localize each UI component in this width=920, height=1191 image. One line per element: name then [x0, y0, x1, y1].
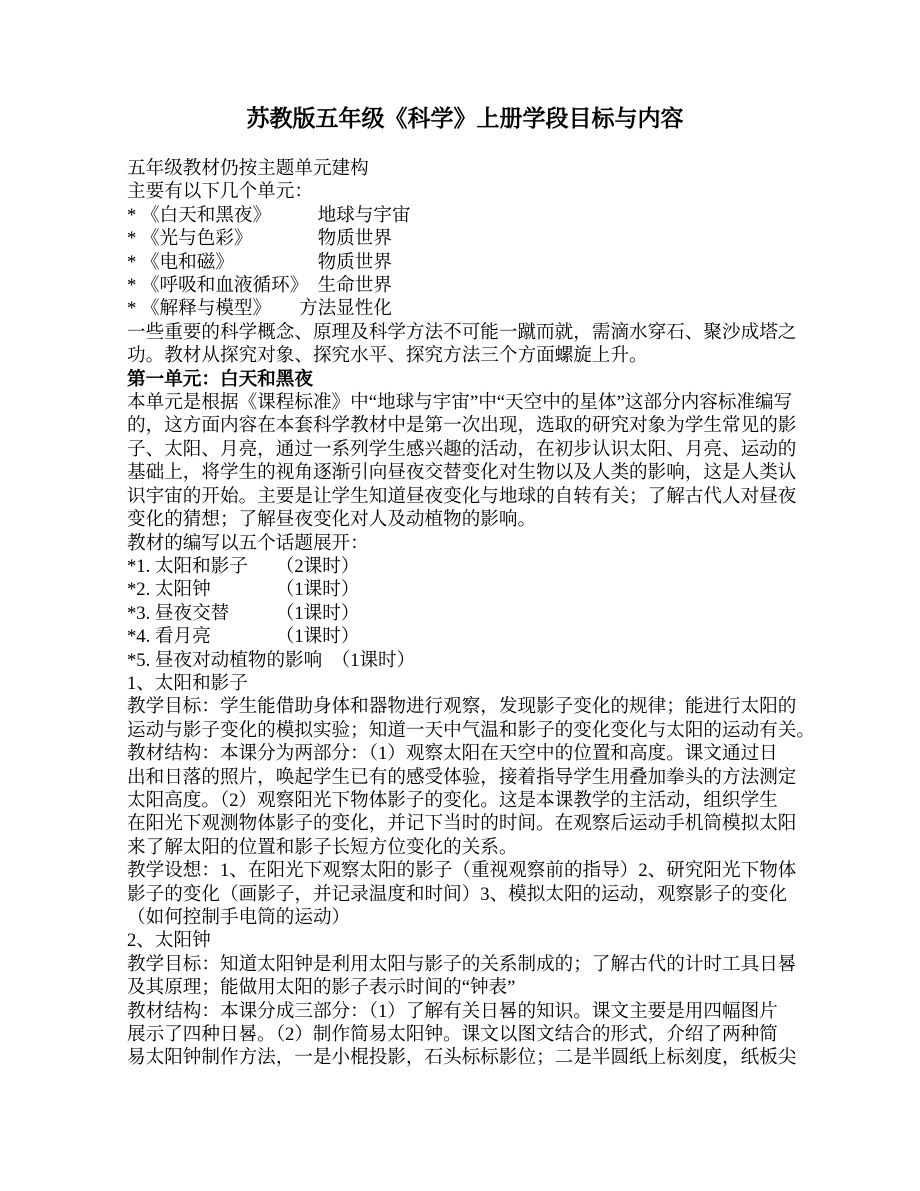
document-line: 本单元是根据《课程标准》中“地球与宇宙”中“天空中的星体”这部分内容标准编写 [127, 391, 817, 414]
document-line: * 《白天和黑夜》 地球与宇宙 [127, 204, 817, 227]
document-line: *1. 太阳和影子 （2课时） [127, 555, 817, 578]
document-page: 苏教版五年级《科学》上册学段目标与内容 五年级教材仍按主题单元建构主要有以下几个… [0, 0, 920, 1191]
document-line: 教学目标：学生能借助身体和器物进行观察，发现影子变化的规律；能进行太阳的 [127, 695, 817, 718]
document-line: 子、太阳、月亮，通过一系列学生感兴趣的活动，在初步认识太阳、月亮、运动的 [127, 438, 817, 461]
document-line: 功。教材从探究对象、探究水平、探究方法三个方面螺旋上升。 [127, 344, 817, 367]
document-line: 五年级教材仍按主题单元建构 [127, 157, 817, 180]
document-line: * 《呼吸和血液循环》 生命世界 [127, 274, 817, 297]
document-line: 太阳高度。（2）观察阳光下物体影子的变化。这是本课教学的主活动，组织学生 [127, 789, 817, 812]
document-line: 1、太阳和影子 [127, 672, 817, 695]
document-line: 来了解太阳的位置和影子长短方位变化的关系。 [127, 836, 817, 859]
document-line: 在阳光下观测物体影子的变化，并记下当时的时间。在观察后运动手机筒模拟太阳 [127, 812, 817, 835]
document-line: 易太阳钟制作方法，一是小棍投影，石头标标影位；二是半圆纸上标刻度，纸板尖 [127, 1046, 817, 1069]
document-line: 教材结构：本课分为两部分：（1）观察太阳在天空中的位置和高度。课文通过日 [127, 742, 817, 765]
document-line: 展示了四种日晷。（2）制作简易太阳钟。课文以图文结合的形式，介绍了两种简 [127, 1023, 817, 1046]
page-title: 苏教版五年级《科学》上册学段目标与内容 [120, 103, 810, 134]
document-line: * 《电和磁》 物质世界 [127, 251, 817, 274]
document-line: 教材结构：本课分成三部分：（1）了解有关日晷的知识。课文主要是用四幅图片 [127, 1000, 817, 1023]
document-line: *4. 看月亮 （1课时） [127, 625, 817, 648]
document-line: 识宇宙的开始。主要是让学生知道昼夜变化与地球的自转有关；了解古代人对昼夜 [127, 485, 817, 508]
document-line: *5. 昼夜对动植物的影响 （1课时） [127, 649, 817, 672]
document-line: 一些重要的科学概念、原理及科学方法不可能一蹴而就，需滴水穿石、聚沙成塔之 [127, 321, 817, 344]
document-line: 的，这方面内容在本套科学教材中是第一次出现，选取的研究对象为学生常见的影 [127, 414, 817, 437]
document-line: * 《光与色彩》 物质世界 [127, 227, 817, 250]
document-line: *2. 太阳钟 （1课时） [127, 578, 817, 601]
document-line: 出和日落的照片，唤起学生已有的感受体验，接着指导学生用叠加拳头的方法测定 [127, 766, 817, 789]
document-line: * 《解释与模型》 方法显性化 [127, 297, 817, 320]
document-line: 影子的变化（画影子，并记录温度和时间）3、模拟太阳的运动，观察影子的变化 [127, 883, 817, 906]
document-line: 教材的编写以五个话题展开： [127, 532, 817, 555]
document-line: 及其原理；能做用太阳的影子表示时间的“钟表” [127, 976, 817, 999]
document-line: *3. 昼夜交替 （1课时） [127, 602, 817, 625]
document-line: 基础上，将学生的视角逐渐引向昼夜交替变化对生物以及人类的影响，这是人类认 [127, 461, 817, 484]
document-line: 教学设想：1、在阳光下观察太阳的影子（重视观察前的指导）2、研究阳光下物体 [127, 859, 817, 882]
document-line: 2、太阳钟 [127, 929, 817, 952]
document-line: 运动与影子变化的模拟实验；知道一天中气温和影子的变化变化与太阳的运动有关。 [127, 719, 817, 742]
document-line: 变化的猜想；了解昼夜变化对人及动植物的影响。 [127, 508, 817, 531]
document-line: 第一单元：白天和黑夜 [127, 368, 817, 391]
document-body: 五年级教材仍按主题单元建构主要有以下几个单元：* 《白天和黑夜》 地球与宇宙* … [127, 157, 817, 1070]
document-line: （如何控制手电筒的运动） [127, 906, 817, 929]
document-line: 教学目标：知道太阳钟是利用太阳与影子的关系制成的；了解古代的计时工具日晷 [127, 953, 817, 976]
document-line: 主要有以下几个单元： [127, 180, 817, 203]
